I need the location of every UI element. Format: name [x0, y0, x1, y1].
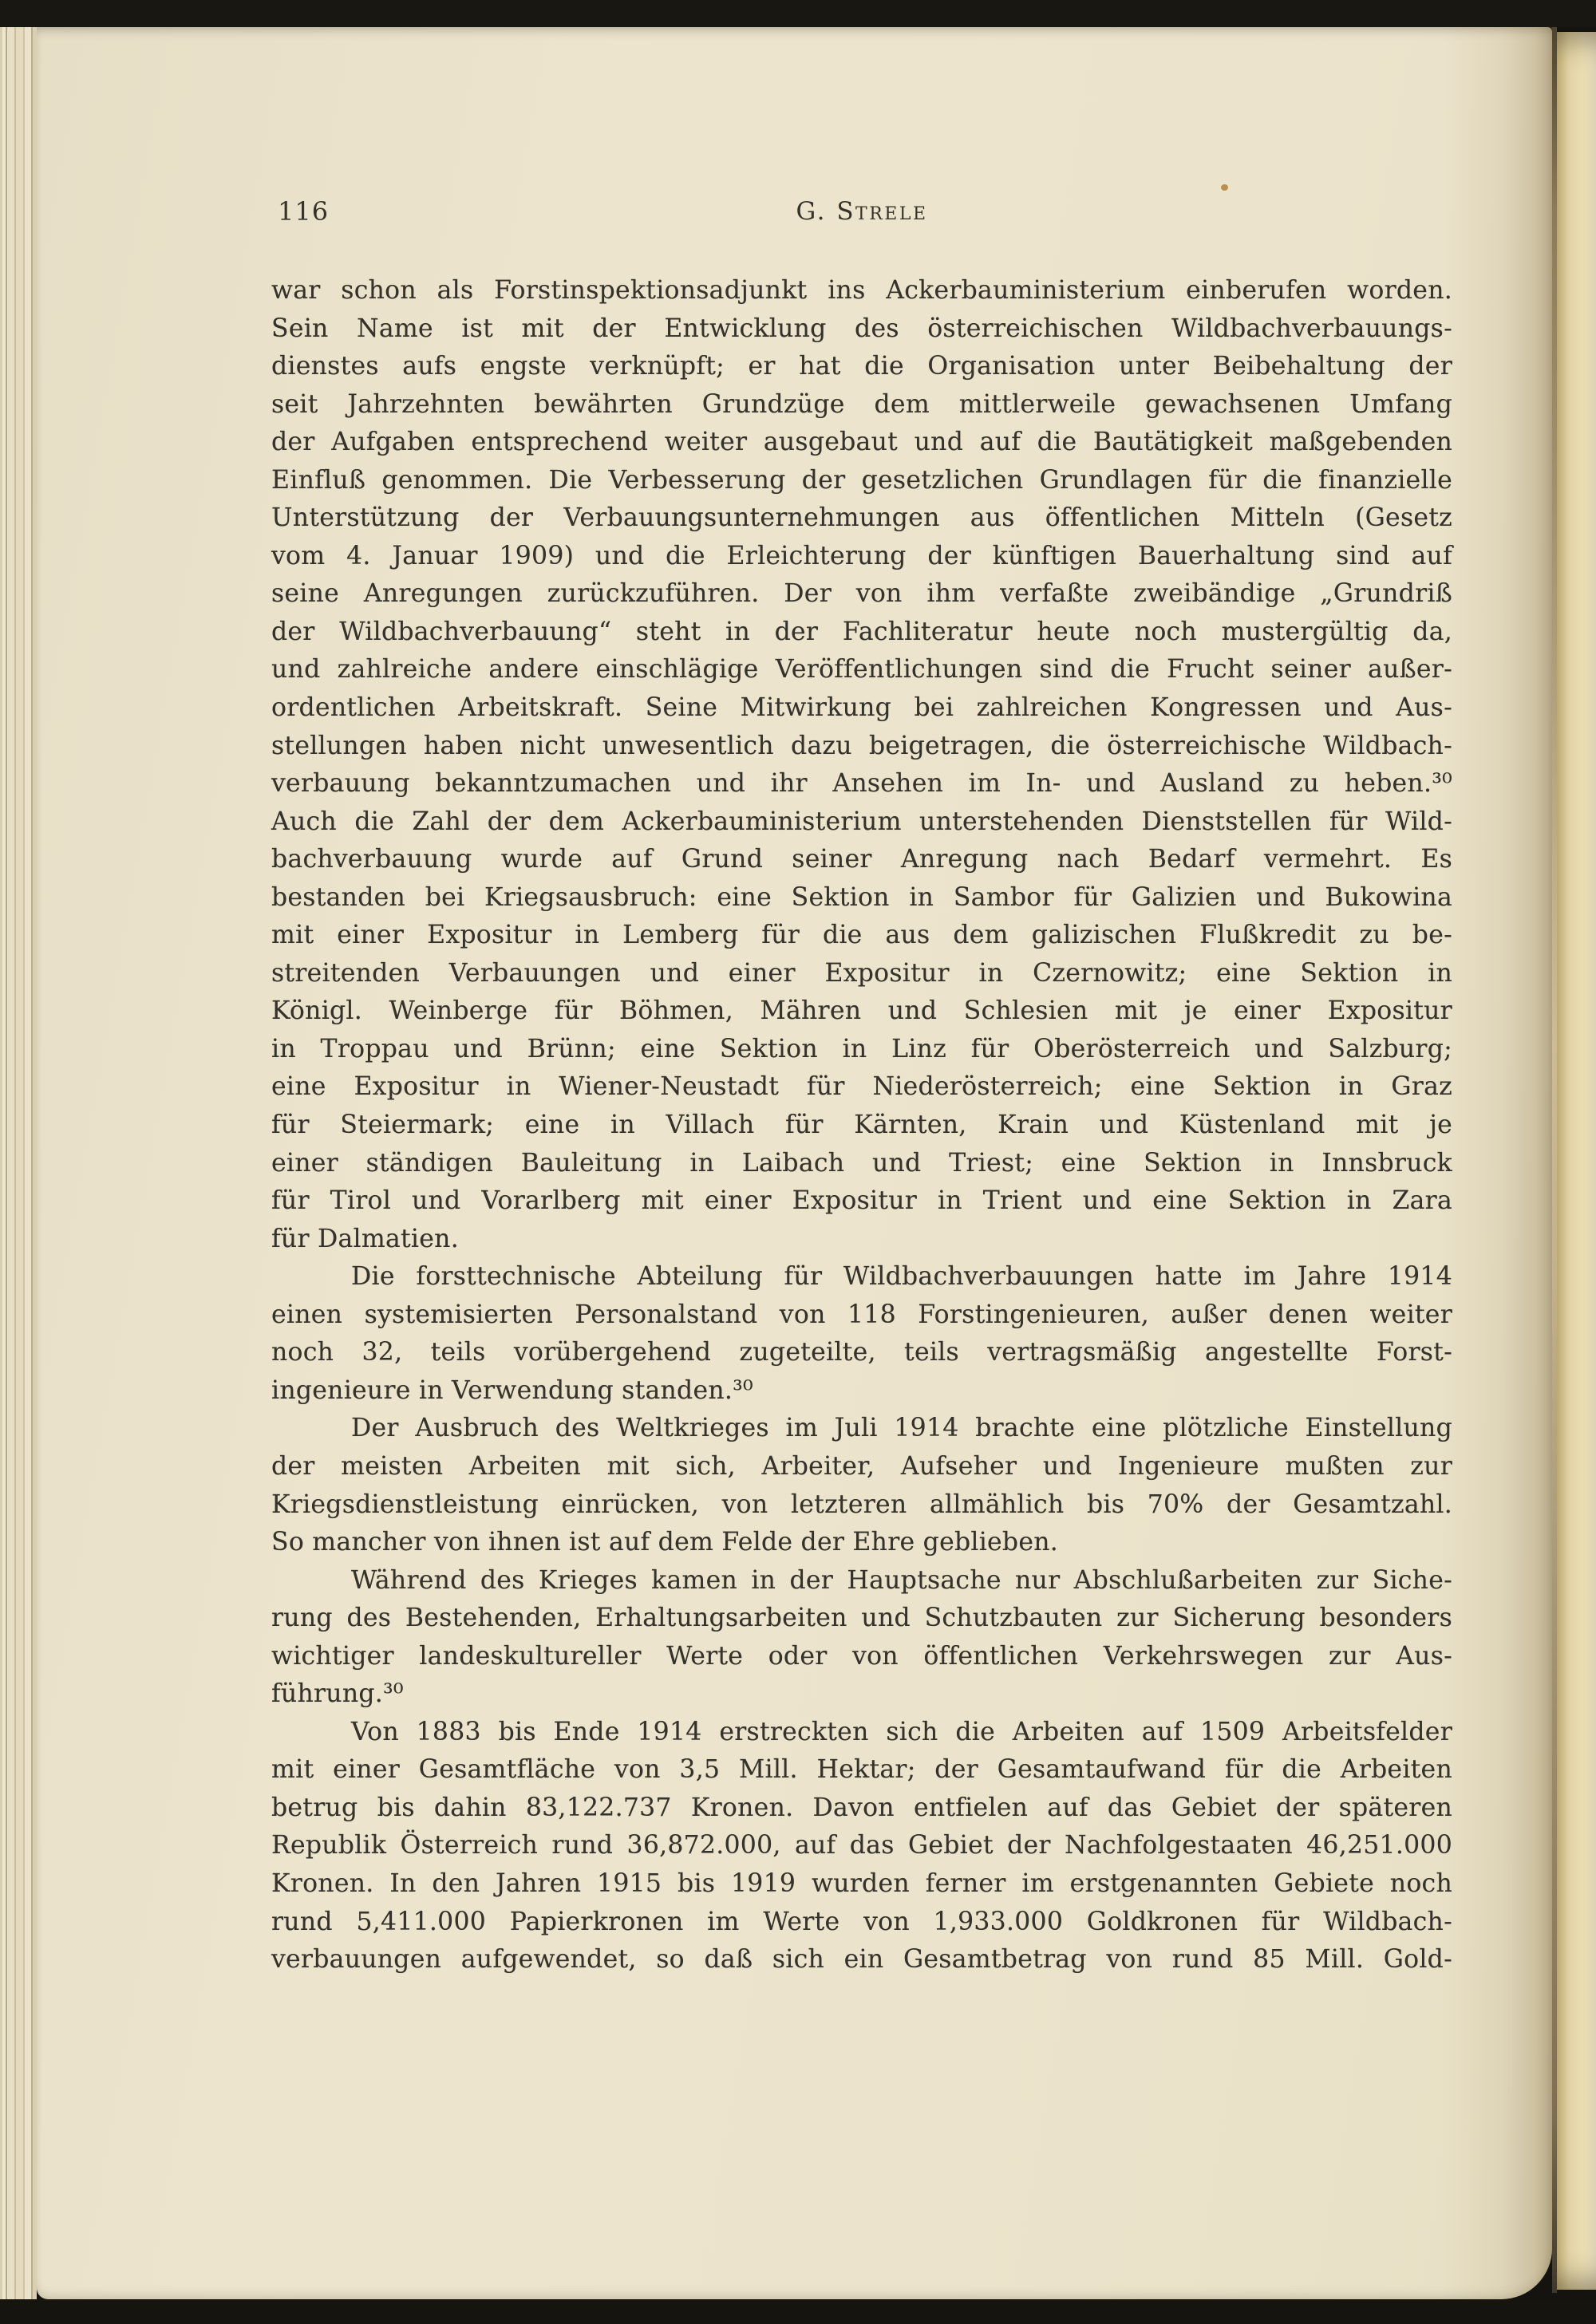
text-line: in Troppau und Brünn; eine Sektion in Li…	[271, 1035, 1452, 1073]
text-line: eine Expositur in Wiener-Neustadt für Ni…	[271, 1072, 1452, 1111]
text-line: vom 4. Januar 1909) und die Erleichterun…	[271, 542, 1452, 580]
text-line: So mancher von ihnen ist auf dem Felde d…	[271, 1528, 1452, 1566]
text-line: stellungen haben nicht unwesentlich dazu…	[271, 732, 1452, 770]
text-line: Sein Name ist mit der Entwicklung des ös…	[271, 314, 1452, 353]
text-line: bachverbauung wurde auf Grund seiner Anr…	[271, 845, 1452, 883]
text-line: rund 5,411.000 Papierkronen im Werte von…	[271, 1908, 1452, 1946]
text-line: Einfluß genommen. Die Verbesserung der g…	[271, 466, 1452, 504]
text-line: bestanden bei Kriegsausbruch: eine Sekti…	[271, 883, 1452, 921]
text-line: betrug bis dahin 83,122.737 Kronen. Davo…	[271, 1793, 1452, 1832]
text-line: Der Ausbruch des Weltkrieges im Juli 191…	[271, 1414, 1452, 1452]
text-line: einer ständigen Bauleitung in Laibach un…	[271, 1149, 1452, 1187]
text-block: war schon als Forstinspektionsadjunkt in…	[271, 276, 1452, 1983]
scan-background-bottom	[0, 2299, 1596, 2324]
text-line: verbauungen aufgewendet, so daß sich ein…	[271, 1945, 1452, 1983]
text-line: der Aufgaben entsprechend weiter ausgeba…	[271, 428, 1452, 466]
text-line: verbauung bekanntzumachen und ihr Ansehe…	[271, 769, 1452, 807]
text-line: der Wildbachverbauung“ steht in der Fach…	[271, 617, 1452, 656]
text-line: Republik Österreich rund 36,872.000, auf…	[271, 1831, 1452, 1869]
text-line: Die forsttechnische Abteilung für Wildba…	[271, 1262, 1452, 1300]
text-line: wichtiger landeskultureller Werte oder v…	[271, 1642, 1452, 1680]
text-line: mit einer Gesamtfläche von 3,5 Mill. Hek…	[271, 1755, 1452, 1793]
page-header: 116 G. Strele	[271, 196, 1452, 231]
text-line: dienstes aufs engste verknüpft; er hat d…	[271, 352, 1452, 390]
text-line: war schon als Forstinspektionsadjunkt in…	[271, 276, 1452, 314]
book-page: 116 G. Strele war schon als Forstinspekt…	[37, 27, 1552, 2299]
text-line: seit Jahrzehnten bewährten Grundzüge dem…	[271, 390, 1452, 428]
book-page-edges-left	[0, 27, 37, 2299]
text-line: für Steiermark; eine in Villach für Kärn…	[271, 1111, 1452, 1149]
text-line: Von 1883 bis Ende 1914 erstreckten sich …	[271, 1718, 1452, 1756]
running-header: G. Strele	[271, 197, 1452, 226]
scanned-book-page: 116 G. Strele war schon als Forstinspekt…	[0, 0, 1596, 2324]
text-line: Auch die Zahl der dem Ackerbauministeriu…	[271, 807, 1452, 846]
text-line: führung.³⁰	[271, 1679, 1452, 1718]
text-line: rung des Bestehenden, Erhaltungsarbeiten…	[271, 1604, 1452, 1642]
text-line: Kronen. In den Jahren 1915 bis 1919 wurd…	[271, 1869, 1452, 1908]
foxing-spot	[1221, 184, 1228, 191]
text-line: seine Anregungen zurückzuführen. Der von…	[271, 579, 1452, 617]
gutter-shadow	[1440, 27, 1552, 2299]
text-line: ordentlichen Arbeitskraft. Seine Mitwirk…	[271, 693, 1452, 732]
text-line: Während des Krieges kamen in der Hauptsa…	[271, 1566, 1452, 1604]
text-line: einen systemisierten Personalstand von 1…	[271, 1300, 1452, 1339]
text-line: mit einer Expositur in Lemberg für die a…	[271, 921, 1452, 959]
text-line: für Dalmatien.	[271, 1225, 1452, 1263]
text-line: Kriegsdienstleistung einrücken, von letz…	[271, 1490, 1452, 1529]
text-line: für Tirol und Vorarlberg mit einer Expos…	[271, 1186, 1452, 1225]
text-line: und zahlreiche andere einschlägige Veröf…	[271, 655, 1452, 693]
adjacent-page-edge	[1557, 32, 1596, 2290]
text-line: noch 32, teils vorübergehend zugeteilte,…	[271, 1338, 1452, 1376]
text-line: Königl. Weinberge für Böhmen, Mähren und…	[271, 996, 1452, 1035]
text-line: der meisten Arbeiten mit sich, Arbeiter,…	[271, 1452, 1452, 1490]
text-line: ingenieure in Verwendung standen.³⁰	[271, 1376, 1452, 1415]
text-line: streitenden Verbauungen und einer Exposi…	[271, 959, 1452, 997]
text-line: Unterstützung der Verbauungsunternehmung…	[271, 503, 1452, 542]
scan-background-top	[0, 0, 1596, 27]
